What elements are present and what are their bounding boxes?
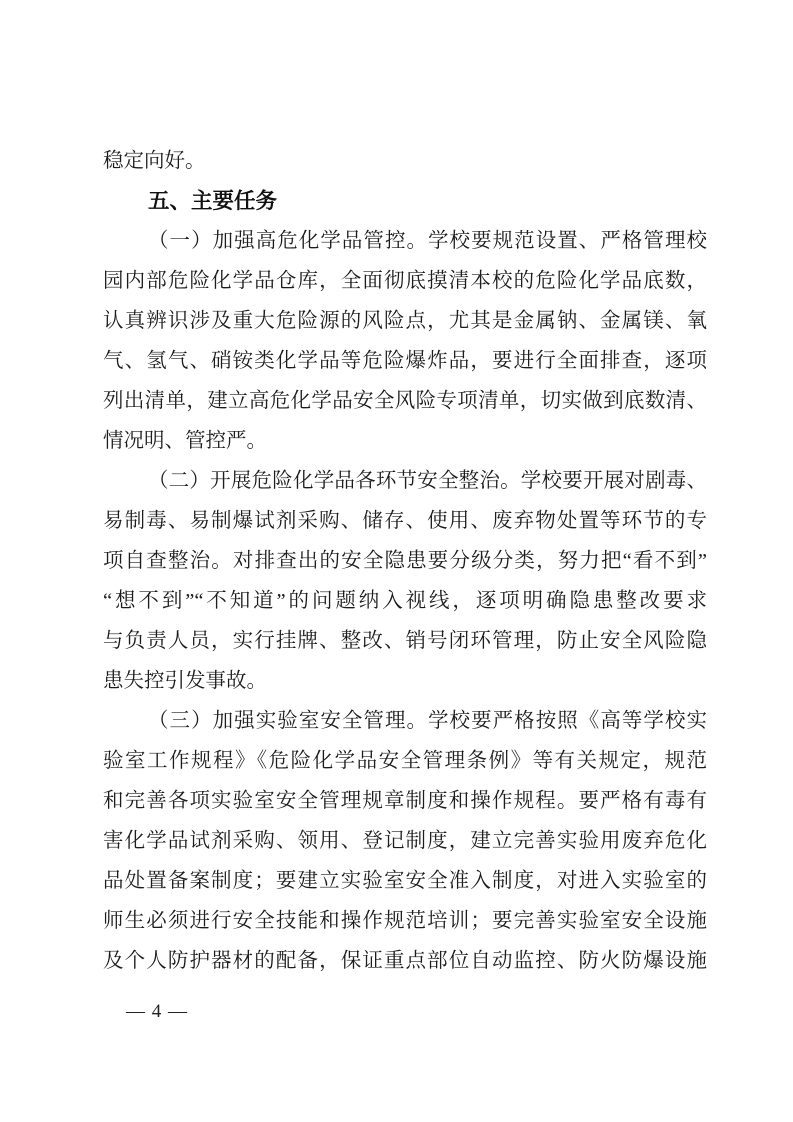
para1-line5: 列出清单，建立高危化学品安全风险专项清单，切实做到底数清、 <box>103 381 707 421</box>
para1-line6: 情况明、管控严。 <box>103 421 707 461</box>
para1-line1: （一）加强高危化学品管控。学校要规范设置、严格管理校 <box>103 221 707 261</box>
para3-line5: 品处置备案制度；要建立实验室安全准入制度，对进入实验室的 <box>103 861 707 901</box>
para3-line2: 验室工作规程》《危险化学品安全管理条例》等有关规定，规范 <box>103 741 707 781</box>
section-heading: 五、主要任务 <box>103 181 707 221</box>
para2-line5: 与负责人员，实行挂牌、整改、销号闭环管理，防止安全风险隐 <box>103 621 707 661</box>
page-number: — 4 — <box>126 1000 188 1024</box>
para1-line2: 园内部危险化学品仓库，全面彻底摸清本校的危险化学品底数， <box>103 261 707 301</box>
para2-line6: 患失控引发事故。 <box>103 661 707 701</box>
para3-line1: （三）加强实验室安全管理。学校要严格按照《高等学校实 <box>103 701 707 741</box>
para2-line4: “想不到”“不知道”的问题纳入视线，逐项明确隐患整改要求 <box>103 581 707 621</box>
para2-line2: 易制毒、易制爆试剂采购、储存、使用、废弃物处置等环节的专 <box>103 501 707 541</box>
continuation-line: 稳定向好。 <box>103 141 707 181</box>
para3-line7: 及个人防护器材的配备，保证重点部位自动监控、防火防爆设施 <box>103 941 707 981</box>
para3-line4: 害化学品试剂采购、领用、登记制度，建立完善实验用废弃危化 <box>103 821 707 861</box>
para3-line6: 师生必须进行安全技能和操作规范培训；要完善实验室安全设施 <box>103 901 707 941</box>
document-body: 稳定向好。 五、主要任务 （一）加强高危化学品管控。学校要规范设置、严格管理校 … <box>103 141 707 981</box>
para1-line3: 认真辨识涉及重大危险源的风险点，尤其是金属钠、金属镁、氧 <box>103 301 707 341</box>
para1-line4: 气、氢气、硝铵类化学品等危险爆炸品，要进行全面排查，逐项 <box>103 341 707 381</box>
para2-line3: 项自查整治。对排查出的安全隐患要分级分类，努力把“看不到” <box>103 541 707 581</box>
para3-line3: 和完善各项实验室安全管理规章制度和操作规程。要严格有毒有 <box>103 781 707 821</box>
para2-line1: （二）开展危险化学品各环节安全整治。学校要开展对剧毒、 <box>103 461 707 501</box>
document-page: 稳定向好。 五、主要任务 （一）加强高危化学品管控。学校要规范设置、严格管理校 … <box>0 0 793 1122</box>
